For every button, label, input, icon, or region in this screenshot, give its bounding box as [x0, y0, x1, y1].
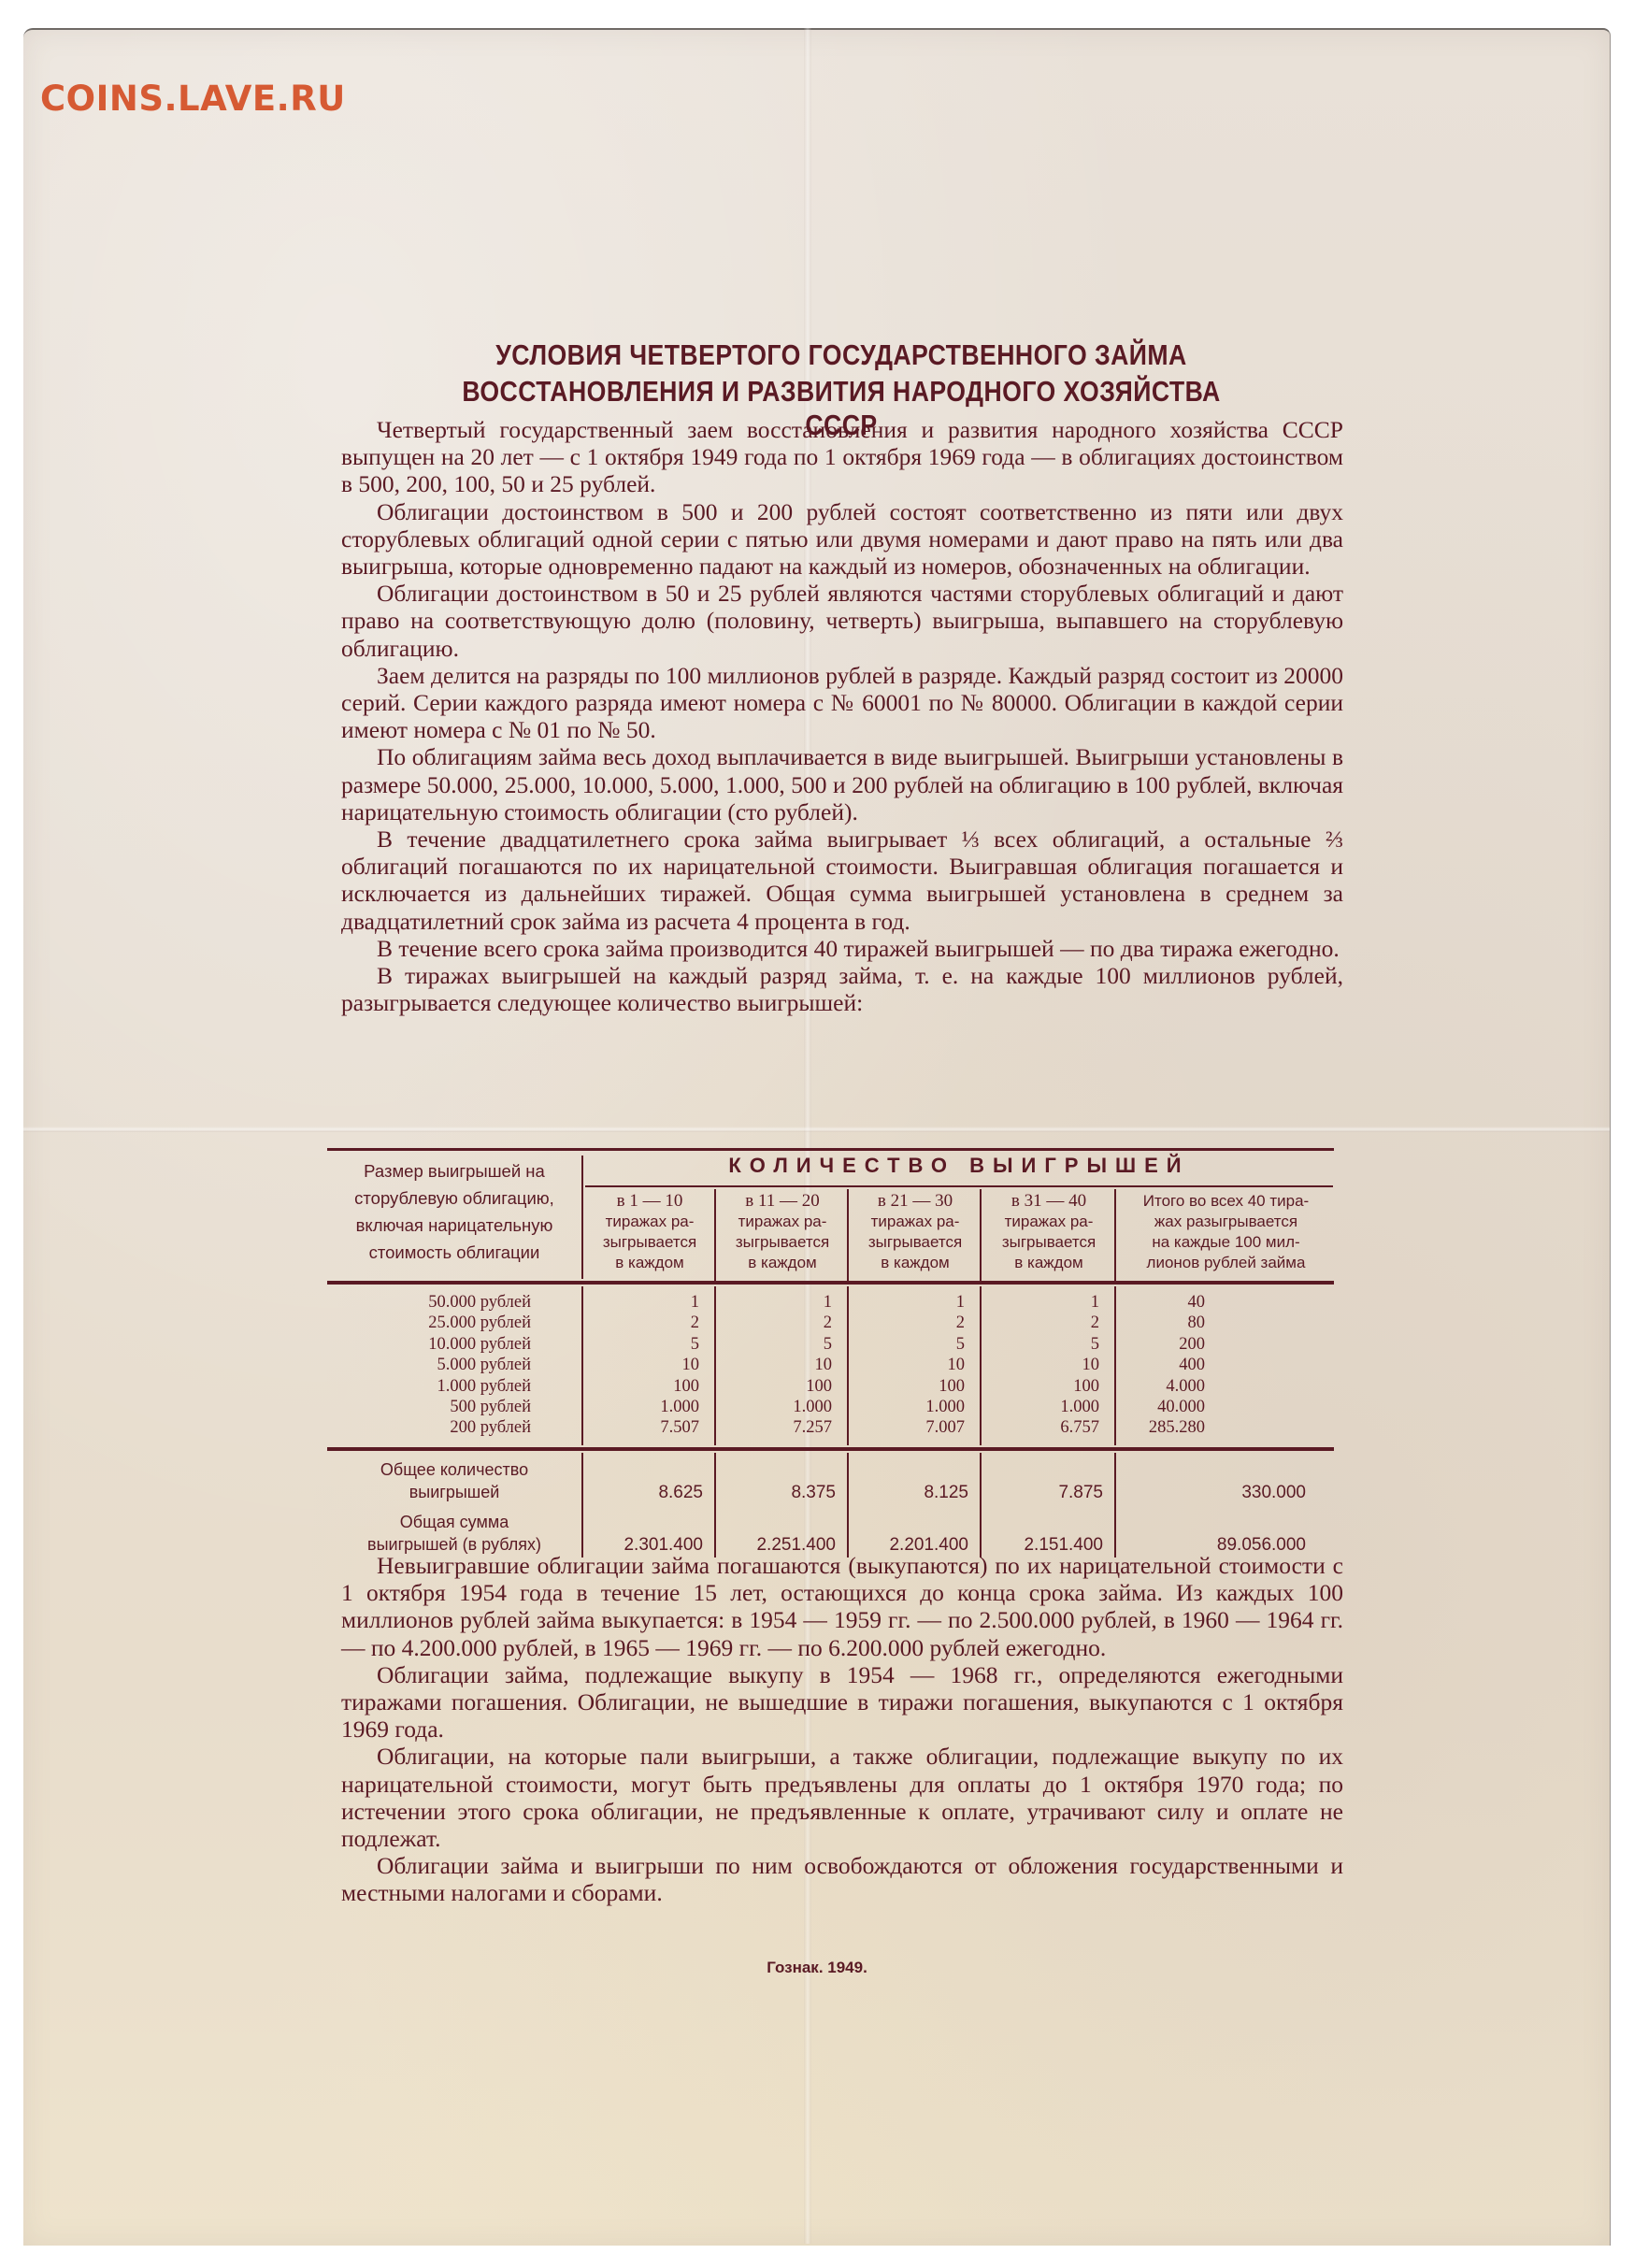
table-cell: 5: [585, 1334, 699, 1355]
column-divider: [581, 1156, 583, 1279]
table-cell: 10: [983, 1355, 1099, 1375]
table-cell: 1.000: [851, 1397, 965, 1417]
paragraph: В течение двадцатилетнего срока займа вы…: [341, 825, 1343, 935]
table-cell: 10: [718, 1355, 832, 1375]
table-cell: 1: [851, 1292, 965, 1313]
size-column-header: Размер выигрышей на сторублевую облигаци…: [327, 1157, 581, 1266]
prize-size-label: 50.000 рублей: [327, 1292, 531, 1313]
prize-size-label: 500 рублей: [327, 1397, 531, 1417]
draw-range-column-header: в 31 — 40тиражах ра-зыгрываетсяв каждом: [983, 1191, 1114, 1273]
totals-cell: 8.125: [851, 1483, 968, 1503]
column-divider: [581, 1453, 583, 1557]
table-cell: 2: [851, 1313, 965, 1333]
quantity-group-header: КОЛИЧЕСТВО ВЫИГРЫШЕЙ: [585, 1154, 1333, 1178]
document-title-line-1: УСЛОВИЯ ЧЕТВЕРТОГО ГОСУДАРСТВЕННОГО ЗАЙМ…: [423, 338, 1259, 372]
paragraph: Заем делится на разряды по 100 миллионов…: [341, 662, 1343, 744]
draw-range-column-header: Итого во всех 40 тира-жах разыгрываетсян…: [1118, 1191, 1334, 1273]
table-cell: 400: [1118, 1355, 1205, 1375]
totals-cell: 7.875: [983, 1483, 1103, 1503]
table-cell: 2: [585, 1313, 699, 1333]
table-cell: 40: [1118, 1292, 1205, 1313]
column-divider: [847, 1453, 849, 1557]
table-cell: 10: [585, 1355, 699, 1375]
table-cell: 2: [983, 1313, 1099, 1333]
table-cell: 7.257: [718, 1417, 832, 1438]
group-header-rule: [585, 1185, 1333, 1187]
site-watermark: COINS.LAVE.RU: [40, 79, 346, 119]
paragraph: В тиражах выигрышей на каждый разряд зай…: [341, 962, 1343, 1016]
printer-imprint: Гознак. 1949.: [0, 1959, 1634, 1977]
paper-fold-horizontal: [23, 1127, 1610, 1132]
column-divider: [714, 1286, 716, 1445]
table-cell: 6.757: [983, 1417, 1099, 1438]
table-cell: 10: [851, 1355, 965, 1375]
header-bottom-rule: [327, 1281, 1334, 1285]
column-divider: [847, 1286, 849, 1445]
terms-before-table: Четвертый государственный заем восстанов…: [341, 416, 1343, 1016]
paragraph: Невыигравшие облигации займа погашаются …: [341, 1552, 1343, 1661]
table-cell: 40.000: [1118, 1397, 1205, 1417]
table-cell: 5: [718, 1334, 832, 1355]
table-cell: 100: [983, 1376, 1099, 1397]
prize-size-label: 10.000 рублей: [327, 1334, 531, 1355]
table-cell: 1: [983, 1292, 1099, 1313]
totals-row-label: Общая суммавыигрышей (в рублях): [327, 1511, 581, 1556]
body-bottom-rule: [327, 1447, 1334, 1451]
prize-size-label: 25.000 рублей: [327, 1313, 531, 1333]
table-cell: 100: [585, 1376, 699, 1397]
terms-after-table: Невыигравшие облигации займа погашаются …: [341, 1552, 1343, 1907]
table-cell: 2: [718, 1313, 832, 1333]
paragraph: Облигации займа и выигрыши по ним освобо…: [341, 1852, 1343, 1906]
table-cell: 7.507: [585, 1417, 699, 1438]
column-divider: [980, 1286, 982, 1445]
totals-row-label: Общее количествовыигрышей: [327, 1458, 581, 1503]
column-divider: [714, 1189, 716, 1281]
table-cell: 1: [718, 1292, 832, 1313]
paragraph: Четвертый государственный заем восстанов…: [341, 416, 1343, 498]
draw-range-column-header: в 1 — 10тиражах ра-зыгрываетсяв каждом: [585, 1191, 714, 1273]
column-divider: [980, 1189, 982, 1281]
table-cell: 5: [983, 1334, 1099, 1355]
table-cell: 5: [851, 1334, 965, 1355]
paragraph: Облигации, на которые пали выигрыши, а т…: [341, 1743, 1343, 1852]
paragraph: Облигации достоинством в 50 и 25 рублей …: [341, 580, 1343, 662]
column-divider: [714, 1453, 716, 1557]
table-cell: 100: [718, 1376, 832, 1397]
paragraph: В течение всего срока займа производится…: [341, 935, 1343, 962]
prize-size-label: 1.000 рублей: [327, 1376, 531, 1397]
prize-size-label: 200 рублей: [327, 1417, 531, 1438]
paragraph: По облигациям займа весь доход выплачива…: [341, 743, 1343, 825]
table-cell: 285.280: [1118, 1417, 1205, 1438]
paragraph: Облигации займа, подлежащие выкупу в 195…: [341, 1661, 1343, 1744]
column-divider: [980, 1453, 982, 1557]
table-top-rule: [327, 1148, 1334, 1151]
table-cell: 200: [1118, 1334, 1205, 1355]
column-divider: [1114, 1286, 1116, 1445]
table-cell: 4.000: [1118, 1376, 1205, 1397]
table-cell: 1.000: [718, 1397, 832, 1417]
paragraph: Облигации достоинством в 500 и 200 рубле…: [341, 498, 1343, 581]
draw-range-column-header: в 21 — 30тиражах ра-зыгрываетсяв каждом: [851, 1191, 980, 1273]
column-divider: [847, 1189, 849, 1281]
totals-cell: 330.000: [1118, 1483, 1306, 1503]
prize-size-label: 5.000 рублей: [327, 1355, 531, 1375]
totals-cell: 8.625: [585, 1483, 703, 1503]
column-divider: [1114, 1189, 1116, 1281]
table-cell: 1.000: [585, 1397, 699, 1417]
totals-cell: 8.375: [718, 1483, 836, 1503]
column-divider: [1114, 1453, 1116, 1557]
table-cell: 1.000: [983, 1397, 1099, 1417]
table-cell: 7.007: [851, 1417, 965, 1438]
column-divider: [581, 1286, 583, 1445]
table-cell: 80: [1118, 1313, 1205, 1333]
table-cell: 100: [851, 1376, 965, 1397]
table-cell: 1: [585, 1292, 699, 1313]
draw-range-column-header: в 11 — 20тиражах ра-зыгрываетсяв каждом: [718, 1191, 847, 1273]
